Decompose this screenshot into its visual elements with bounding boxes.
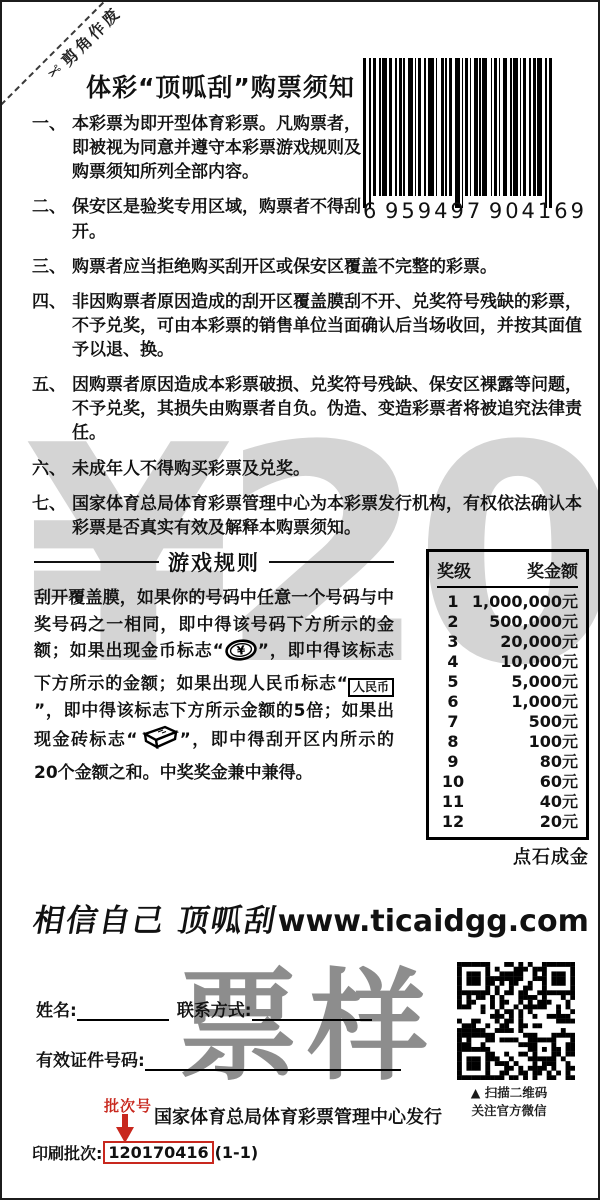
notice-item-number: 五、 [32, 373, 72, 445]
prize-table-header-level: 奖级 [437, 557, 471, 582]
print-batch-value: 120170416 [103, 1141, 213, 1164]
lottery-ticket-back: ¥20 ✂ 剪角作废 体彩“顶呱刮”购票须知 一、本彩票为即开型体育彩票。凡购票… [0, 0, 600, 1200]
prize-level: 2 [437, 612, 469, 632]
notice-item-text: 非因购票者原因造成的刮开区覆盖膜刮不开、兑奖符号残缺的彩票，不予兑奖，可由本彩票… [72, 290, 589, 362]
game-rules-section: 游戏规则 刮开覆盖膜，如果你的号码中任意一个号码与中奖号码之一相同，即中得该号码… [34, 547, 394, 787]
id-number-label: 有效证件号码: [36, 1046, 145, 1071]
prize-amount: 1,000元 [469, 692, 578, 712]
gold-brick-icon [138, 724, 180, 760]
notice-item: 四、非因购票者原因造成的刮开区覆盖膜刮不开、兑奖符号残缺的彩票，不予兑奖，可由本… [32, 290, 589, 362]
rules-left-rule [34, 561, 159, 563]
notice-item: 三、购票者应当拒绝购买刮开区或保安区覆盖不完整的彩票。 [32, 255, 589, 279]
slogan-row: 相信自己 顶呱刮 www.ticaidgg.com [34, 895, 580, 940]
notice-item-number: 六、 [32, 457, 72, 481]
notice-item-text: 本彩票为即开型体育彩票。凡购票者，即被视为同意并遵守本彩票游戏规则及购票须知所列… [72, 112, 364, 184]
print-batch-suffix: (1-1) [215, 1143, 259, 1162]
id-number-field[interactable] [145, 1055, 401, 1071]
prize-level: 10 [437, 772, 469, 792]
prize-table-row: 410,000元 [437, 652, 578, 672]
prize-amount: 100元 [469, 732, 578, 752]
name-label: 姓名: [36, 996, 77, 1021]
prize-table-row: 320,000元 [437, 632, 578, 652]
prize-level: 4 [437, 652, 469, 672]
barcode: 6959497904169 [363, 58, 587, 223]
notice-item-number: 一、 [32, 112, 72, 184]
notice-item: 七、国家体育总局体育彩票管理中心为本彩票发行机构，有权依法确认本彩票是否真实有效… [32, 492, 589, 540]
notice-item: 六、未成年人不得购买彩票及兑奖。 [32, 457, 589, 481]
notice-item-text: 购票者应当拒绝购买刮开区或保安区覆盖不完整的彩票。 [72, 255, 589, 279]
notice-title: 体彩“顶呱刮”购票须知 [86, 68, 355, 104]
prize-table-row: 2500,000元 [437, 612, 578, 632]
website-url: www.ticaidgg.com [278, 904, 589, 939]
rules-body: 刮开覆盖膜，如果你的号码中任意一个号码与中奖号码之一相同，即中得该号码下方所示的… [34, 585, 394, 787]
game-name: 点石成金 [426, 843, 589, 869]
notice-item: 二、保安区是验奖专用区域，购票者不得刮开。 [32, 195, 364, 243]
name-field[interactable] [77, 1005, 169, 1021]
prize-table-header-amount: 奖金额 [527, 557, 578, 582]
prize-table-row: 1220元 [437, 812, 578, 832]
prize-amount: 80元 [469, 752, 578, 772]
prize-level: 3 [437, 632, 469, 652]
contact-field[interactable] [252, 1005, 372, 1021]
prize-level: 7 [437, 712, 469, 732]
prize-amount: 500,000元 [469, 612, 578, 632]
qr-caption-line2: 关注官方微信 [440, 1102, 578, 1120]
prize-amount: 20,000元 [469, 632, 578, 652]
prize-table-row: 980元 [437, 752, 578, 772]
notice-item: 五、因购票者原因造成本彩票破损、兑奖符号残缺、保安区裸露等问题，不予兑奖，其损失… [32, 373, 589, 445]
prize-level: 9 [437, 752, 469, 772]
prize-table-row: 55,000元 [437, 672, 578, 692]
notice-item-number: 三、 [32, 255, 72, 279]
corner-cut-label: 剪角作废 [56, 1, 126, 71]
barcode-bars [363, 58, 587, 198]
notice-item-number: 七、 [32, 492, 72, 540]
prize-amount: 40元 [469, 792, 578, 812]
prize-table-row: 1140元 [437, 792, 578, 812]
notice-item-text: 未成年人不得购买彩票及兑奖。 [72, 457, 589, 481]
prize-table-row: 8100元 [437, 732, 578, 752]
prize-amount: 1,000,000元 [469, 592, 578, 612]
notice-item-text: 国家体育总局体育彩票管理中心为本彩票发行机构，有权依法确认本彩票是否真实有效及解… [72, 492, 589, 540]
print-batch-label: 印刷批次: [32, 1141, 102, 1164]
notice-item: 一、本彩票为即开型体育彩票。凡购票者，即被视为同意并遵守本彩票游戏规则及购票须知… [32, 112, 364, 184]
prize-level: 1 [437, 592, 469, 612]
scissors-icon: ✂ [42, 60, 66, 84]
prize-table-row: 11,000,000元 [437, 592, 578, 612]
print-batch-line: 印刷批次: 120170416 (1-1) [32, 1141, 258, 1164]
prize-level: 12 [437, 812, 469, 832]
issuer-text: 国家体育总局体育彩票管理中心发行 [154, 1103, 442, 1129]
rules-title: 游戏规则 [168, 547, 260, 577]
barcode-digits: 6959497904169 [363, 199, 587, 223]
prize-level: 11 [437, 792, 469, 812]
notice-item-text: 保安区是验奖专用区域，购票者不得刮开。 [72, 195, 364, 243]
prize-table: 奖级 奖金额 11,000,000元2500,000元320,000元410,0… [426, 549, 589, 840]
notice-item-number: 四、 [32, 290, 72, 362]
qr-caption-line1: ▲ 扫描二维码 [440, 1084, 578, 1102]
qr-caption: ▲ 扫描二维码 关注官方微信 [440, 1084, 578, 1120]
notice-item-text: 因购票者原因造成本彩票破损、兑奖符号残缺、保安区裸露等问题，不予兑奖，其损失由购… [72, 373, 589, 445]
prize-level: 5 [437, 672, 469, 692]
brand-logo-text: 相信自己 顶呱刮 [30, 895, 282, 940]
rmb-symbol-icon: 人民币 [348, 678, 394, 697]
rules-right-rule [269, 561, 394, 563]
batch-number-label: 批次号 [104, 1095, 152, 1116]
gold-coin-icon: ¥ [224, 638, 258, 671]
qr-code [457, 962, 575, 1080]
prize-table-row: 1060元 [437, 772, 578, 792]
prize-level: 6 [437, 692, 469, 712]
prize-level: 8 [437, 732, 469, 752]
prize-amount: 5,000元 [469, 672, 578, 692]
claim-form: 姓名: 联系方式: 有效证件号码: [36, 996, 436, 1071]
prize-amount: 60元 [469, 772, 578, 792]
prize-table-row: 61,000元 [437, 692, 578, 712]
prize-amount: 20元 [469, 812, 578, 832]
prize-amount: 500元 [469, 712, 578, 732]
prize-table-row: 7500元 [437, 712, 578, 732]
notice-item-number: 二、 [32, 195, 72, 243]
contact-label: 联系方式: [177, 996, 252, 1021]
prize-amount: 10,000元 [469, 652, 578, 672]
prize-table-rows: 11,000,000元2500,000元320,000元410,000元55,0… [437, 592, 578, 832]
